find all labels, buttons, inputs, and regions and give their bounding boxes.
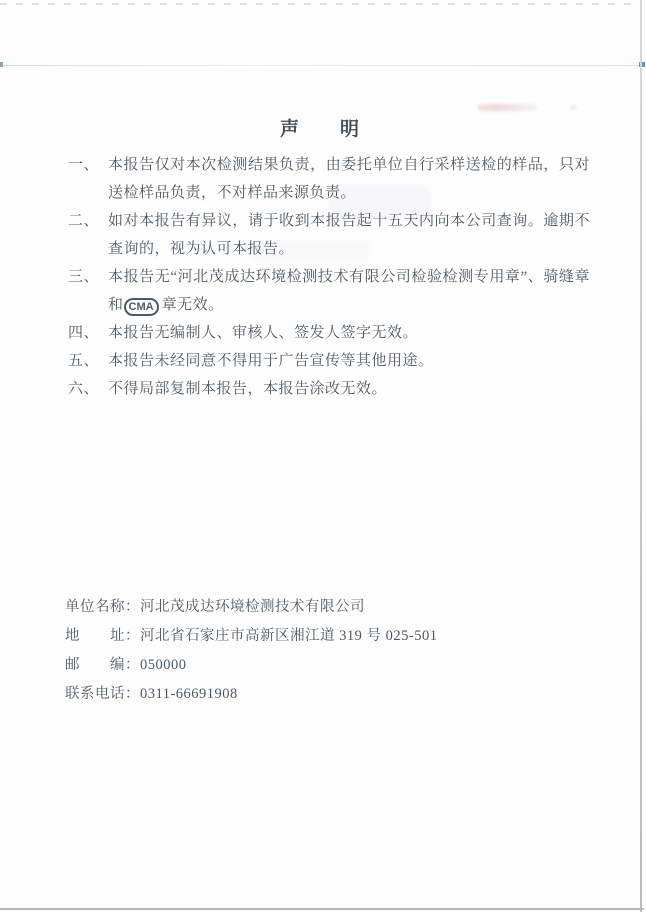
stamp-bleedthrough-smudge [478, 103, 538, 112]
item-text: 如对本报告有异议，请于收到本报告起十五天内向本公司查询。逾期不查询的，视为认可本… [108, 207, 590, 263]
fold-tick-left [0, 62, 3, 67]
company-name-row: 单位名称：河北茂成达环境检测技术有限公司 [65, 593, 585, 622]
item-number: 五、 [68, 347, 108, 375]
cma-accreditation-mark-icon: CMA [124, 298, 159, 316]
phone-row: 联系电话：0311-66691908 [65, 680, 585, 709]
scan-edge-bottom [0, 908, 644, 910]
contact-info-block: 单位名称：河北茂成达环境检测技术有限公司 地 址：河北省石家庄市高新区湘江道 3… [65, 593, 585, 709]
statement-item-5: 五、 本报告未经同意不得用于广告宣传等其他用途。 [68, 347, 590, 375]
company-name-value: 河北茂成达环境检测技术有限公司 [140, 599, 365, 615]
paper-fold-line [0, 65, 642, 66]
phone-value: 0311-66691908 [140, 686, 238, 702]
stamp-bleedthrough-dot [570, 105, 577, 110]
address-row: 地 址：河北省石家庄市高新区湘江道 319 号 025-501 [65, 622, 585, 651]
statement-list: 一、 本报告仅对本次检测结果负责，由委托单位自行采样送检的样品，只对送检样品负责… [68, 151, 590, 403]
scan-top-noise-line [0, 3, 642, 5]
item-number: 一、 [68, 151, 108, 179]
item-text: 本报告无“河北茂成达环境检测技术有限公司检验检测专用章”、骑缝章和CMA章无效。 [108, 263, 590, 319]
item-text: 不得局部复制本报告，本报告涂改无效。 [108, 375, 590, 403]
scanned-statement-page: 声 明 一、 本报告仅对本次检测结果负责，由委托单位自行采样送检的样品，只对送检… [0, 0, 646, 912]
company-name-label: 单位名称： [65, 599, 140, 615]
statement-item-3: 三、 本报告无“河北茂成达环境检测技术有限公司检验检测专用章”、骑缝章和CMA章… [68, 263, 590, 319]
scan-edge-right [640, 0, 642, 912]
item-number: 三、 [68, 263, 108, 291]
item-number: 四、 [68, 319, 108, 347]
phone-label: 联系电话： [65, 686, 140, 702]
postal-code-row: 邮 编：050000 [65, 651, 585, 680]
statement-item-1: 一、 本报告仅对本次检测结果负责，由委托单位自行采样送检的样品，只对送检样品负责… [68, 151, 590, 207]
item-number: 二、 [68, 207, 108, 235]
item-text: 本报告未经同意不得用于广告宣传等其他用途。 [108, 347, 590, 375]
item-text-after-logo: 章无效。 [162, 297, 224, 313]
statement-item-6: 六、 不得局部复制本报告，本报告涂改无效。 [68, 375, 590, 403]
item-number: 六、 [68, 375, 108, 403]
item-text: 本报告仅对本次检测结果负责，由委托单位自行采样送检的样品，只对送检样品负责，不对… [108, 151, 590, 207]
postal-code-label: 邮 编： [65, 657, 140, 673]
address-label: 地 址： [65, 628, 140, 644]
postal-code-value: 050000 [140, 657, 187, 673]
page-title: 声 明 [0, 114, 640, 141]
statement-item-2: 二、 如对本报告有异议，请于收到本报告起十五天内向本公司查询。逾期不查询的，视为… [68, 207, 590, 263]
address-value: 河北省石家庄市高新区湘江道 319 号 025-501 [140, 628, 437, 644]
item-text: 本报告无编制人、审核人、签发人签字无效。 [108, 319, 590, 347]
statement-item-4: 四、 本报告无编制人、审核人、签发人签字无效。 [68, 319, 590, 347]
